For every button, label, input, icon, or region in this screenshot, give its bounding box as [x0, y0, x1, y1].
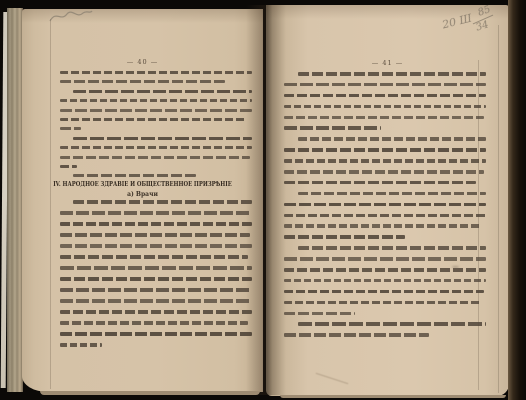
- text-line: [60, 343, 102, 347]
- text-line: [60, 255, 248, 259]
- text-line: [298, 72, 486, 76]
- text-line: [60, 277, 252, 281]
- text-line: [60, 299, 252, 303]
- paragraph: [284, 72, 486, 130]
- book-scan: — 40 — IV. НАРОДНОЕ ЗДРАВІЕ И ОБЩЕСТВЕНН…: [0, 0, 526, 400]
- under-page-edge: [280, 395, 506, 398]
- text-line: [60, 80, 225, 83]
- text-line: [60, 99, 252, 102]
- text-line: [60, 71, 252, 74]
- text-line: [284, 268, 486, 272]
- text-line: [73, 200, 252, 204]
- pencil-scribble: [48, 6, 94, 26]
- page-smudge: [452, 266, 459, 268]
- text-line: [73, 90, 252, 93]
- page-edge-fold: [498, 25, 499, 393]
- text-line: [284, 181, 476, 185]
- left-page-text-top: [60, 71, 252, 184]
- pencil-annotation-fraction-bottom: 34: [475, 19, 491, 33]
- text-line: [284, 148, 486, 152]
- text-line: [73, 137, 252, 140]
- text-line: [60, 127, 81, 130]
- text-line: [60, 332, 252, 336]
- paragraph: [60, 200, 252, 347]
- paragraph: [284, 246, 486, 315]
- text-line: [60, 288, 250, 292]
- text-line: [284, 170, 484, 174]
- text-line: [284, 126, 381, 130]
- left-page: — 40 — IV. НАРОДНОЕ ЗДРАВІЕ И ОБЩЕСТВЕНН…: [22, 9, 263, 392]
- left-page-text-bottom: [60, 200, 252, 354]
- text-line: [284, 279, 486, 283]
- text-line: [284, 159, 486, 163]
- text-line: [60, 118, 246, 121]
- text-line: [60, 233, 250, 237]
- text-line: [284, 312, 355, 316]
- text-line: [60, 222, 252, 226]
- paragraph: [60, 137, 252, 168]
- page-crease: [50, 19, 51, 389]
- text-line: [284, 235, 405, 239]
- paragraph: [60, 174, 252, 177]
- text-line: [284, 116, 484, 120]
- text-line: [298, 246, 486, 250]
- paragraph: [284, 137, 486, 184]
- paragraph: [60, 71, 252, 83]
- text-line: [60, 310, 252, 314]
- text-line: [60, 109, 252, 112]
- book-cover-edge: [508, 0, 526, 400]
- text-line: [60, 321, 248, 325]
- text-line: [60, 211, 252, 215]
- left-page-number: — 40 —: [22, 58, 263, 66]
- text-line: [284, 105, 486, 109]
- under-page-edge: [40, 391, 260, 395]
- paragraph: [284, 192, 486, 239]
- text-line: [284, 83, 486, 87]
- text-line: [284, 333, 429, 337]
- section-subheading: а) Врачи: [22, 191, 263, 198]
- right-page-text: [284, 72, 486, 344]
- paragraph: [284, 322, 486, 336]
- text-line: [60, 156, 250, 159]
- text-line: [284, 214, 486, 218]
- section-heading: IV. НАРОДНОЕ ЗДРАВІЕ И ОБЩЕСТВЕННОЕ ПРИЗ…: [36, 181, 248, 188]
- text-line: [298, 322, 486, 326]
- text-line: [60, 244, 252, 248]
- text-line: [60, 266, 252, 270]
- text-line: [284, 224, 482, 228]
- text-line: [284, 301, 480, 305]
- text-line: [298, 192, 486, 196]
- text-line: [298, 137, 486, 141]
- paragraph: [60, 90, 252, 131]
- right-page-number: — 41 —: [266, 59, 509, 67]
- text-line: [60, 165, 77, 168]
- text-line: [60, 146, 252, 149]
- text-line: [284, 203, 486, 207]
- text-line: [73, 174, 196, 177]
- page-stack-edges: [7, 8, 23, 392]
- text-line: [284, 257, 486, 261]
- text-line: [284, 290, 484, 294]
- text-line: [284, 94, 486, 98]
- right-page: 20 Ш 85 34 — 41 —: [266, 5, 509, 396]
- page-top-shadow: [266, 5, 509, 19]
